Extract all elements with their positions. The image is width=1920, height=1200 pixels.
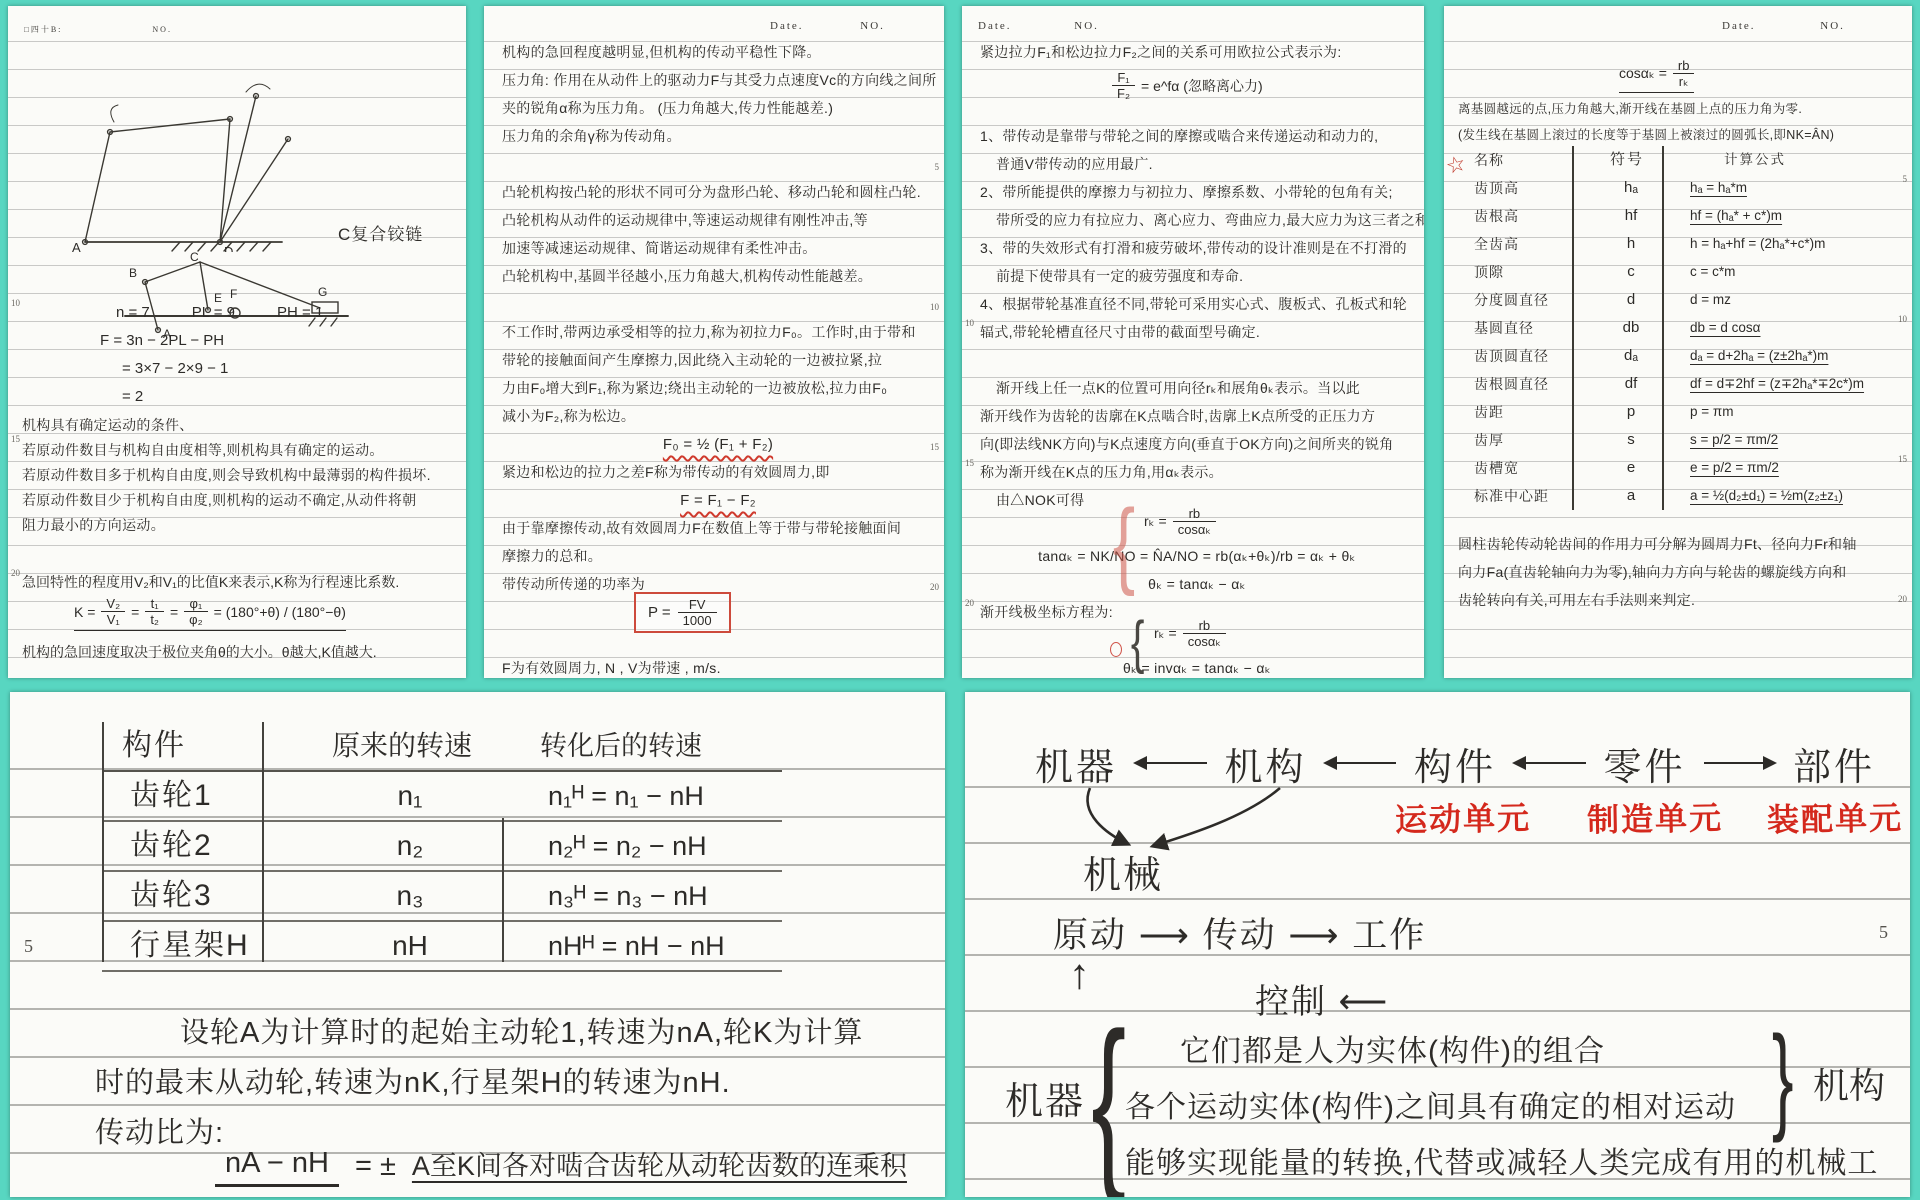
note-line: 带轮的接触面间产生摩擦力,因此绕入主动轮的一边被拉紧,拉 xyxy=(502,346,934,374)
power-lhs: P = xyxy=(648,604,671,621)
note-line: 夹的锐角α称为压力角。 (压力角越大,传力性能越差.) xyxy=(502,94,934,122)
table-row: 齿顶圆直径 dₐ dₐ = d+2hₐ = (z±2hₐ*)m xyxy=(1460,342,1898,370)
ph-count: PH = 1 xyxy=(277,304,323,321)
table-row: 齿根圆直径 df df = d∓2hf = (z∓2hₐ*∓2c*)m xyxy=(1460,370,1898,398)
fraction: rbcosαₖ xyxy=(1183,618,1226,649)
red-label-motion-unit: 运动单元 xyxy=(1395,793,1532,841)
table-divider xyxy=(502,818,504,962)
equals: = xyxy=(170,604,178,620)
chain-node-machine: 机器 xyxy=(1035,736,1117,791)
margin-line-number: 15 xyxy=(11,434,20,444)
table-row: 齿轮2 n₂ n₂ᴴ = n₂ − nH xyxy=(102,822,782,872)
red-label-assembly-unit: 装配单元 xyxy=(1767,793,1904,841)
note-line: 辐式,带轮轮槽直径尺寸由带的截面型号确定. xyxy=(980,318,1414,346)
note-line: 机构的急回程度越明显,但机构的传动平稳性下降。 xyxy=(502,38,934,66)
fraction: rbrₖ xyxy=(1673,58,1695,89)
note-line: 向力Fa(直齿轮轴向力为零),轴向力方向与轮齿的螺旋线方向和 xyxy=(1458,558,1902,586)
note-line: 向(即法线NK方向)与K点速度方向(垂直于OK方向)之间所夹的锐角 xyxy=(980,430,1414,458)
gear-parameter-table: 名称 符号 计算公式 齿顶高 hₐ hₐ = hₐ*m 齿根高 hf hf = … xyxy=(1460,146,1898,510)
original-speed: n₁ xyxy=(290,772,530,820)
note-line: 渐开线作为齿轮的齿廓在K点啮合时,齿廓上K点所受的正压力方 xyxy=(980,402,1414,430)
table-row: 齿厚 s s = p/2 = πm/2 xyxy=(1460,426,1898,454)
header-stamp: □四十B: xyxy=(24,25,62,34)
chain-node-member: 构件 xyxy=(1414,736,1496,791)
chain-node-part: 零件 xyxy=(1604,736,1686,791)
notebook-page-4: Date. NO. cosαₖ = rbrₖ 离基圆越远的点,压力角越大,渐开线… xyxy=(1444,6,1912,678)
fraction: FV1000 xyxy=(678,597,717,628)
left-arrow xyxy=(1514,762,1585,765)
param-name: 齿顶圆直径 xyxy=(1460,342,1586,370)
col-original-speed: 原来的转速 xyxy=(282,722,522,770)
note-line: 机构具有确定运动的条件、 xyxy=(22,412,456,437)
eq-lhs: rₖ = xyxy=(1154,625,1177,642)
table-row: 齿轮1 n₁ n₁ᴴ = n₁ − nH xyxy=(102,772,782,822)
table-row: 标准中心距 a a = ½(d₂±d₁) = ½m(z₂±z₁) xyxy=(1460,482,1898,510)
note-line: 凸轮机构按凸轮的形状不同可分为盘形凸轮、移动凸轮和圆柱凸轮. xyxy=(502,178,934,206)
euler-rhs: = e^fα (忽略离心力) xyxy=(1141,76,1263,96)
note-line: 前提下使带具有一定的疲劳强度和寿命. xyxy=(980,262,1414,290)
dof-formula: F = 3n − 2PL − PH xyxy=(100,332,224,349)
gear-force-paragraph: 圆柱齿轮传动轮齿间的作用力可分解为圆周力Ft、径向力Fr和轴向力Fa(直齿轮轴向… xyxy=(1458,530,1902,614)
euler-formula: F₁F₂ = e^fα (忽略离心力) xyxy=(1112,70,1263,101)
eq-lhs: cosαₖ = xyxy=(1619,65,1667,82)
converted-speed: n₁ᴴ = n₁ − nH xyxy=(530,772,782,820)
table-row: 齿槽宽 e e = p/2 = πm/2 xyxy=(1460,454,1898,482)
note-line: 阻力最小的方向运动。 xyxy=(22,512,456,537)
slider-crank-sketch: B C A E F G xyxy=(30,252,440,340)
planetary-speed-table: 构件 原来的转速 转化后的转速 齿轮1 n₁ n₁ᴴ = n₁ − nH 齿轮2… xyxy=(102,722,782,972)
table-row: 齿根高 hf hf = (hₐ* + c*)m xyxy=(1460,202,1898,230)
table-row: 分度圆直径 d d = mz xyxy=(1460,286,1898,314)
note-line: 凸轮机构从动件的运动规律中,等速运动规律有刚性冲击,等 xyxy=(502,206,934,234)
date-label: Date. xyxy=(1722,20,1756,32)
dof-count-line: n = 7 PL = 9 PH = 1 xyxy=(116,304,323,321)
note-line: θₖ = tanαₖ − αₖ xyxy=(980,570,1414,598)
note-line: 由于靠摩擦传动,故有效圆周力F在数值上等于带与带轮接触面间 xyxy=(502,514,934,542)
note-line: θₖ = invαₖ = tanαₖ − αₖ xyxy=(980,654,1414,678)
joint-label-c: C xyxy=(190,252,199,264)
mechanism-brace-label: 机构 xyxy=(1813,1058,1885,1109)
intro-paragraph: 离基圆越远的点,压力角越大,渐开线在基圆上点的压力角为零.(发生线在基圆上滚过的… xyxy=(1458,96,1902,148)
table-row: 顶隙 c c = c*m xyxy=(1460,258,1898,286)
chain-node-mechanism: 机构 xyxy=(1225,736,1307,791)
date-label: Date. xyxy=(770,20,804,32)
margin-line-number: 15 xyxy=(1898,454,1907,464)
table-header-row: 名称 符号 计算公式 xyxy=(1460,146,1898,174)
joint-label-d: D xyxy=(224,244,233,252)
red-label-manufacturing-unit: 制造单元 xyxy=(1587,793,1724,841)
up-arrow: ↑ xyxy=(1069,950,1090,998)
note-line xyxy=(980,346,1414,374)
no-label: NO. xyxy=(1074,20,1099,32)
eq-lhs: rₖ = xyxy=(1144,513,1167,530)
note-line: 带所受的应力有拉应力、离心应力、弯曲应力,最大应力为这三者之和 xyxy=(980,206,1414,234)
margin-line-number: 10 xyxy=(930,302,939,312)
table-row: 齿轮3 n₃ n₃ᴴ = n₃ − nH xyxy=(102,872,782,922)
param-formula: a = ½(d₂±d₁) = ½m(z₂±z₁) xyxy=(1676,482,1898,510)
transmission-ratio-formula: nA − nH = ± A至K间各对啮合齿轮从动轮齿数的连乘积 xyxy=(215,1144,907,1187)
table-row: 行星架H nH nHᴴ = nH − nH xyxy=(102,922,782,972)
joint-label-g: G xyxy=(318,285,327,299)
table-header-row: 构件 原来的转速 转化后的转速 xyxy=(102,722,782,772)
no-label: NO. xyxy=(860,20,885,32)
joint-label-f: F xyxy=(230,287,237,301)
param-name: 顶隙 xyxy=(1460,258,1586,286)
note-line: 2、带所能提供的摩擦力与初拉力、摩擦系数、小带轮的包角有关; xyxy=(980,178,1414,206)
col-symbol: 符号 xyxy=(1586,146,1700,174)
param-name: 齿根高 xyxy=(1460,202,1586,230)
notebook-page-1: □四十B: NO. A D C复合铰链 xyxy=(8,6,466,678)
chain-node-component: 部件 xyxy=(1793,736,1875,791)
left-brace: { xyxy=(1091,1010,1126,1190)
page-header: Date. NO. xyxy=(978,20,1099,32)
converted-speed: n₂ᴴ = n₂ − nH xyxy=(530,822,782,870)
left-arrow xyxy=(1135,762,1206,765)
margin-line-number: 10 xyxy=(11,298,20,308)
param-name: 标准中心距 xyxy=(1460,482,1586,510)
note-line: 3、带的失效形式有打滑和疲劳破坏,带传动的设计准则是在不打滑的 xyxy=(980,234,1414,262)
red-highlight-box: P = FV1000 xyxy=(634,592,731,633)
note-line: 设轮A为计算时的起始主动轮1,转速为nA,轮K为计算 xyxy=(180,1010,863,1051)
note-line: 时的最末从动轮,转速为nK,行星架H的转速为nH. xyxy=(95,1060,731,1101)
table-row: 全齿高 h h = hₐ+hf = (2hₐ*+c*)m xyxy=(1460,230,1898,258)
param-name: 齿槽宽 xyxy=(1460,454,1586,482)
col-name: 名称 xyxy=(1460,146,1586,174)
original-speed: nH xyxy=(290,922,530,970)
param-formula: dₐ = d+2hₐ = (z±2hₐ*)m xyxy=(1676,342,1898,370)
param-name: 齿厚 xyxy=(1460,426,1586,454)
ratio-numerator: nA − nH xyxy=(215,1147,339,1187)
note-line: 圆柱齿轮传动轮齿间的作用力可分解为圆周力Ft、径向力Fr和轴 xyxy=(1458,530,1902,558)
table-divider xyxy=(262,722,264,962)
joint-label-b: B xyxy=(129,266,137,280)
note-line: F = F₁ − F₂ xyxy=(502,486,934,514)
col-converted-speed: 转化后的转速 xyxy=(522,722,782,770)
right-arrow xyxy=(1704,762,1775,765)
dof-substitution: = 3×7 − 2×9 − 1 xyxy=(122,360,228,377)
note-line: 渐开线上任一点K的位置可用向径rₖ和展角θₖ表示。当以此 xyxy=(980,374,1414,402)
machine-property-line: 各个运动实体(构件)之间具有确定的相对运动 xyxy=(1125,1082,1736,1126)
pressure-angle-formula: cosαₖ = rbrₖ xyxy=(1619,58,1694,93)
col-member: 构件 xyxy=(102,722,282,770)
no-label: NO. xyxy=(1820,20,1845,32)
machine-property-line: 能够实现能量的转换,代替或减轻人类完成有用的机械工 xyxy=(1125,1138,1878,1182)
table-row: 基圆直径 db db = d cosα xyxy=(1460,314,1898,342)
note-line: 凸轮机构中,基圆半径越小,压力角越大,机构传动性能越差。 xyxy=(502,262,934,290)
header-no-label: NO. xyxy=(152,25,172,34)
polar-radius-formula: rₖ = rbcosαₖ xyxy=(1154,618,1226,649)
note-line: 不工作时,带两边承受相等的拉力,称为初拉力F₀。工作时,由于带和 xyxy=(502,318,934,346)
margin-line-number: 5 xyxy=(1903,174,1908,184)
page-header: □四十B: NO. xyxy=(24,24,172,35)
drive-flow-line: 原动 ⟶ 传动 ⟶ 工作 xyxy=(1053,908,1426,958)
k-lhs: K = xyxy=(74,604,95,620)
param-formula: hf = (hₐ* + c*)m xyxy=(1676,202,1898,230)
note-line: 若原动件数目少于机构自由度,则机构的运动不确定,从动件将朝 xyxy=(22,487,456,512)
left-arrow xyxy=(1325,762,1396,765)
converted-speed: n₃ᴴ = n₃ − nH xyxy=(530,872,782,920)
machine-concept-chain: 机器 机构 构件 零件 部件 xyxy=(1035,738,1875,788)
note-line: 减小为F₂,称为松边。 xyxy=(502,402,934,430)
note-line: 加速等减速运动规律、简谐运动规律有柔性冲击。 xyxy=(502,234,934,262)
margin-line-number: 5 xyxy=(24,936,33,957)
machinery-label: 机械 xyxy=(1083,844,1163,899)
note-line: 称为渐开线在K点的压力角,用αₖ表示。 xyxy=(980,458,1414,486)
margin-line-number: 20 xyxy=(965,598,974,608)
fraction: φ₁φ₂ xyxy=(184,596,207,627)
param-formula: e = p/2 = πm/2 xyxy=(1676,454,1898,482)
converted-speed: nHᴴ = nH − nH xyxy=(530,922,782,970)
n-count: n = 7 xyxy=(116,304,150,321)
param-name: 齿距 xyxy=(1460,398,1586,426)
margin-line-number: 15 xyxy=(965,458,974,468)
note-paragraph: 机构的急回程度越明显,但机构的传动平稳性下降。压力角: 作用在从动件上的驱动力F… xyxy=(502,38,934,678)
param-formula: hₐ = hₐ*m xyxy=(1676,174,1898,202)
param-formula: d = mz xyxy=(1676,286,1898,314)
fraction: V₂V₁ xyxy=(101,596,125,627)
involute-radius-formula: rₖ = rbcosαₖ xyxy=(1144,506,1216,537)
margin-line-number: 20 xyxy=(930,582,939,592)
page-header: Date. NO. xyxy=(770,20,885,32)
control-label: 控制 ⟵ xyxy=(1255,974,1389,1023)
note-line: 压力角的余角γ称为传动角。 xyxy=(502,122,934,150)
notebook-page-5: 构件 原来的转速 转化后的转速 齿轮1 n₁ n₁ᴴ = n₁ − nH 齿轮2… xyxy=(10,692,945,1197)
param-name: 全齿高 xyxy=(1460,230,1586,258)
original-speed: n₃ xyxy=(290,872,530,920)
margin-line-number: 10 xyxy=(1898,314,1907,324)
quick-return-intro: 急回特性的程度用V₂和V₁的比值K来表示,K称为行程速比系数. xyxy=(22,572,399,592)
k-rhs: = (180°+θ) / (180°−θ) xyxy=(214,604,346,620)
joint-label-a: A xyxy=(72,240,81,252)
note-line: F为有效圆周力, N , V为带速 , m/s. xyxy=(502,654,934,678)
notebook-page-6: 机器 机构 构件 零件 部件 运动单元 制造单元 装配单元 机械 原动 ⟶ 传动… xyxy=(965,692,1910,1197)
margin-line-number: 20 xyxy=(1898,594,1907,604)
param-formula: db = d cosα xyxy=(1676,314,1898,342)
notebook-page-2: Date. NO. 机构的急回程度越明显,但机构的传动平稳性下降。压力角: 作用… xyxy=(484,6,944,678)
machine-property-line: 它们都是人为实体(构件)的组合 xyxy=(1180,1026,1605,1070)
original-speed: n₂ xyxy=(290,822,530,870)
red-brace: { xyxy=(1113,496,1135,592)
note-line: 力由F₀增大到F₁,称为紧边;绕出主动轮的一边被放松,拉力由F₀ xyxy=(502,374,934,402)
table-divider xyxy=(1662,146,1664,510)
note-line: (发生线在基圆上滚过的长度等于基圆上被滚过的圆弧长,即NK=ÂN) xyxy=(1458,122,1902,148)
joint-label-e: E xyxy=(214,291,222,305)
ink-brace: { xyxy=(1131,614,1145,672)
note-paragraph: 紧边拉力F₁和松边拉力F₂之间的关系可用欧拉公式表示为:1、带传动是靠带与带轮之… xyxy=(980,38,1414,678)
machine-brace-label: 机器 xyxy=(1005,1070,1085,1125)
table-border-left xyxy=(102,722,104,962)
table-divider xyxy=(1572,146,1574,510)
margin-line-number: 15 xyxy=(930,442,939,452)
note-line: 若原动件数目多于机构自由度,则会导致机构中最薄弱的构件损坏. xyxy=(22,462,456,487)
date-label: Date. xyxy=(978,20,1012,32)
compound-hinge-note: C复合铰链 xyxy=(338,220,423,245)
note-line: 普通V带传动的应用最广. xyxy=(980,150,1414,178)
col-formula: 计算公式 xyxy=(1700,146,1898,174)
ratio-description: A至K间各对啮合齿轮从动轮齿数的连乘积 xyxy=(412,1144,907,1187)
note-line: 摩擦力的总和。 xyxy=(502,542,934,570)
fraction: t₁t₂ xyxy=(145,596,164,627)
quick-return-outro: 机构的急回速度取决于极位夹角θ的大小。θ越大,K值越大. xyxy=(22,642,377,662)
margin-line-number: 10 xyxy=(965,318,974,328)
dof-result: = 2 xyxy=(122,388,143,405)
equals: = xyxy=(131,604,139,620)
note-line: 1、带传动是靠带与带轮之间的摩擦或啮合来传递运动和动力的, xyxy=(980,122,1414,150)
table-body: 齿轮1 n₁ n₁ᴴ = n₁ − nH 齿轮2 n₂ n₂ᴴ = n₂ − n… xyxy=(102,772,782,972)
speed-ratio-formula: K = V₂V₁ = t₁t₂ = φ₁φ₂ = (180°+θ) / (180… xyxy=(74,596,346,631)
red-circle-mark xyxy=(1110,642,1122,657)
fraction: F₁F₂ xyxy=(1112,70,1135,101)
notebook-page-3: Date. NO. 紧边拉力F₁和松边拉力F₂之间的关系可用欧拉公式表示为:1、… xyxy=(962,6,1424,678)
note-paragraph: 机构具有确定运动的条件、若原动件数目与机构自由度相等,则机构具有确定的运动。若原… xyxy=(22,412,456,537)
ratio-equals: = ± xyxy=(355,1150,396,1187)
param-name: 齿顶高 xyxy=(1460,174,1586,202)
margin-line-number: 5 xyxy=(1879,922,1888,943)
param-name: 齿根圆直径 xyxy=(1460,370,1586,398)
note-line: 压力角: 作用在从动件上的驱动力F与其受力点速度Vc的方向线之间所 xyxy=(502,66,934,94)
param-name: 分度圆直径 xyxy=(1460,286,1586,314)
param-formula: s = p/2 = πm/2 xyxy=(1676,426,1898,454)
converge-arrows xyxy=(1035,786,1315,854)
param-formula: h = hₐ+hf = (2hₐ*+c*)m xyxy=(1676,230,1898,258)
note-line: 4、根据带轮基准直径不同,带轮可采用实心式、腹板式、孔板式和轮 xyxy=(980,290,1414,318)
table-row: 齿距 p p = πm xyxy=(1460,398,1898,426)
right-brace: } xyxy=(1772,1022,1794,1134)
power-formula-box: P = FV1000 xyxy=(634,592,731,633)
note-line: 传动比为: xyxy=(95,1110,224,1151)
param-name: 基圆直径 xyxy=(1460,314,1586,342)
note-line xyxy=(502,150,934,178)
table-body: 齿顶高 hₐ hₐ = hₐ*m 齿根高 hf hf = (hₐ* + c*)m… xyxy=(1460,174,1898,510)
note-line: 若原动件数目与机构自由度相等,则机构具有确定的运动。 xyxy=(22,437,456,462)
note-line xyxy=(502,290,934,318)
param-formula: df = d∓2hf = (z∓2hₐ*∓2c*)m xyxy=(1676,370,1898,398)
pl-count: PL = 9 xyxy=(192,304,235,321)
param-formula: p = πm xyxy=(1676,398,1898,426)
page-header: Date. NO. xyxy=(1722,20,1845,32)
table-row: 齿顶高 hₐ hₐ = hₐ*m xyxy=(1460,174,1898,202)
param-formula: c = c*m xyxy=(1676,258,1898,286)
note-line: tanαₖ = NK/NO = N̂A/NO = rb(αₖ+θₖ)/rb = … xyxy=(980,542,1414,570)
margin-line-number: 5 xyxy=(935,162,940,172)
fraction: rbcosαₖ xyxy=(1173,506,1216,537)
note-line: 齿轮转向有关,可用左右手法则来判定. xyxy=(1458,586,1902,614)
note-line: 紧边和松边的拉力之差F称为带传动的有效圆周力,即 xyxy=(502,458,934,486)
note-line: F₀ = ½ (F₁ + F₂) xyxy=(502,430,934,458)
note-line: 离基圆越远的点,压力角越大,渐开线在基圆上点的压力角为零. xyxy=(1458,96,1902,122)
margin-line-number: 20 xyxy=(11,568,20,578)
note-line: 紧边拉力F₁和松边拉力F₂之间的关系可用欧拉公式表示为: xyxy=(980,38,1414,66)
